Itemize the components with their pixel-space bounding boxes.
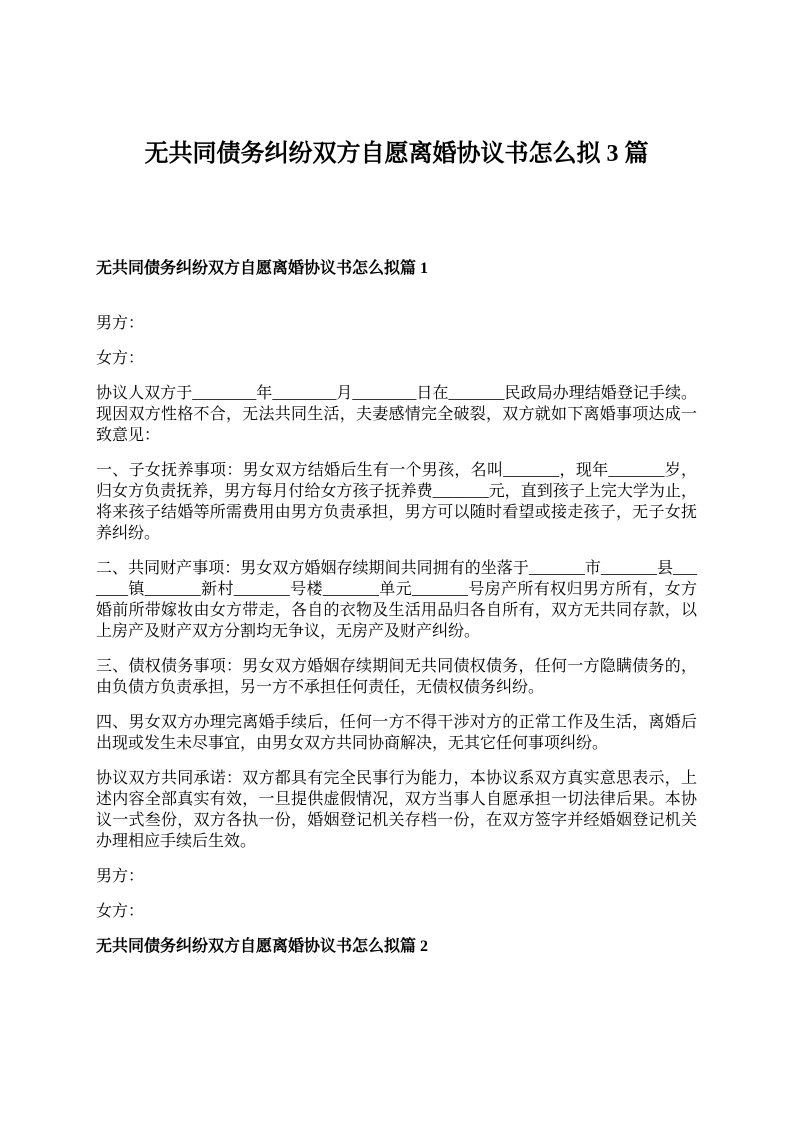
section-2-heading: 无共同债务纠纷双方自愿离婚协议书怎么拟篇 2 [96, 936, 697, 957]
clause-3-debts: 三、债权债务事项：男女双方婚姻存续期间无共同债权债务，任何一方隐瞒债务的，由负债… [96, 656, 697, 698]
intro-paragraph: 协议人双方于________年________月________日在______… [96, 383, 697, 446]
clause-2-joint-property: 二、共同财产事项：男女双方婚姻存续期间共同拥有的坐落于_______市_____… [96, 558, 697, 642]
female-signature-line: 女方： [96, 901, 697, 922]
section-1-heading: 无共同债务纠纷双方自愿离婚协议书怎么拟篇 1 [96, 258, 697, 279]
clause-4-noninterference: 四、男女双方办理完离婚手续后，任何一方不得干涉对方的正常工作及生活，离婚后出现或… [96, 712, 697, 754]
female-party-line: 女方： [96, 348, 697, 369]
male-signature-line: 男方： [96, 866, 697, 887]
document-page: 无共同债务纠纷双方自愿离婚协议书怎么拟 3 篇 无共同债务纠纷双方自愿离婚协议书… [0, 0, 793, 1122]
commitment-paragraph: 协议双方共同承诺：双方都具有完全民事行为能力，本协议系双方真实意思表示，上述内容… [96, 768, 697, 852]
clause-1-children-support: 一、子女抚养事项：男女双方结婚后生有一个男孩，名叫_______，现年_____… [96, 460, 697, 544]
male-party-line: 男方： [96, 313, 697, 334]
document-title: 无共同债务纠纷双方自愿离婚协议书怎么拟 3 篇 [96, 138, 697, 170]
